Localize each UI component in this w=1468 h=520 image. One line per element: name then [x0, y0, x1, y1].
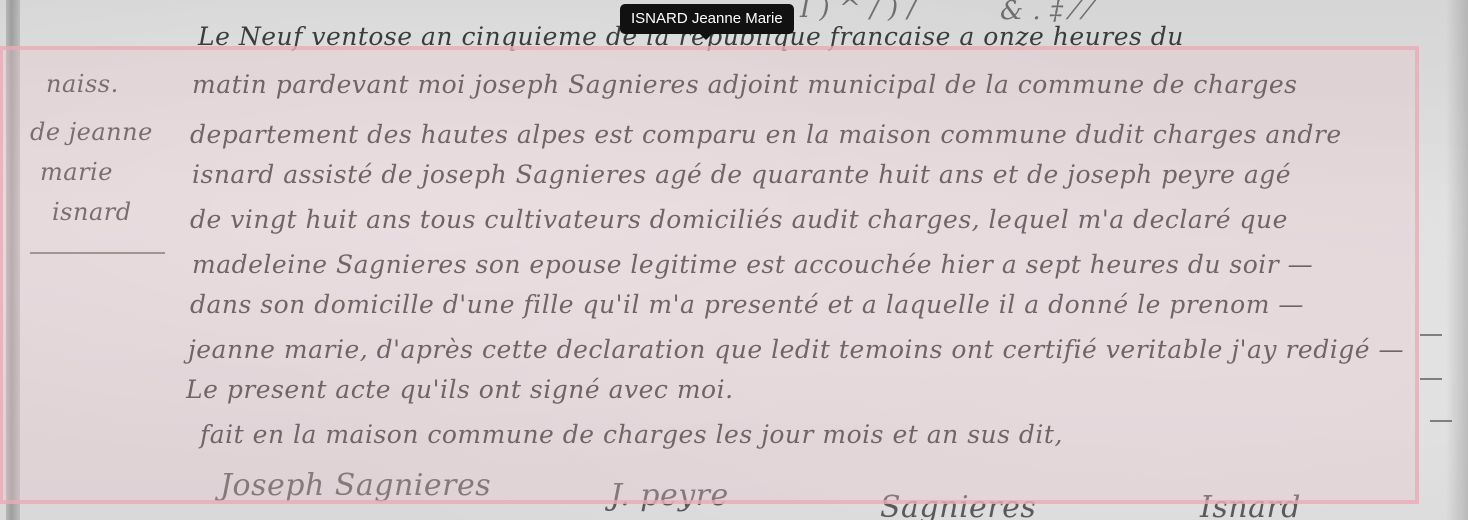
- record-annotation-highlight[interactable]: [0, 46, 1419, 504]
- page-edge-shadow: [1446, 0, 1468, 520]
- line-fill-dash: [1420, 378, 1442, 380]
- line-fill-dash: [1430, 420, 1452, 422]
- line-fill-dash: [1420, 334, 1442, 336]
- tooltip-arrow-icon: [700, 34, 712, 40]
- top-scrawl: I ) ^ / ) /: [800, 0, 917, 24]
- annotation-tooltip: ISNARD Jeanne Marie: [620, 4, 794, 34]
